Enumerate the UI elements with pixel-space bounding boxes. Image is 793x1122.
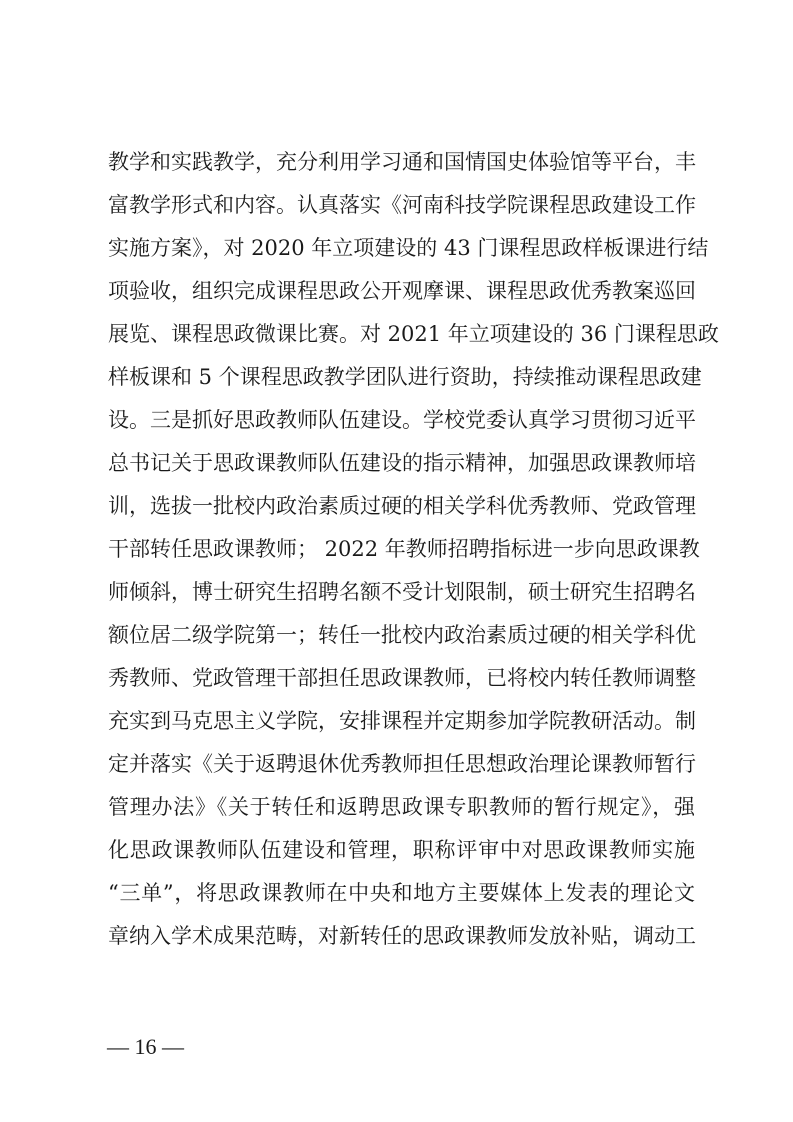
text-line: 项验收，组织完成课程思政公开观摩课、课程思政优秀教案巡回 xyxy=(108,270,695,313)
document-page: 教学和实践教学，充分利用学习通和国情国史体验馆等平台，丰 富教学形式和内容。认真… xyxy=(0,0,793,1122)
text-line: 充实到马克思主义学院，安排课程并定期参加学院教研活动。制 xyxy=(108,700,695,743)
page-number: — 16 — xyxy=(107,1034,184,1060)
text-line: 师倾斜，博士研究生招聘名额不受计划限制，硕士研究生招聘名 xyxy=(108,571,695,614)
text-line: 设。三是抓好思政教师队伍建设。学校党委认真学习贯彻习近平 xyxy=(108,399,695,442)
text-line: 干部转任思政课教师； 2022 年教师招聘指标进一步向思政课教 xyxy=(108,528,695,571)
text-line: 章纳入学术成果范畴，对新转任的思政课教师发放补贴，调动工 xyxy=(108,915,695,958)
text-line: 额位居二级学院第一；转任一批校内政治素质过硬的相关学科优 xyxy=(108,614,695,657)
text-line: 秀教师、党政管理干部担任思政课教师，已将校内转任教师调整 xyxy=(108,657,695,700)
body-paragraph: 教学和实践教学，充分利用学习通和国情国史体验馆等平台，丰 富教学形式和内容。认真… xyxy=(108,141,698,958)
text-line: “三单”，将思政课教师在中央和地方主要媒体上发表的理论文 xyxy=(108,872,695,915)
text-line: 训，选拔一批校内政治素质过硬的相关学科优秀教师、党政管理 xyxy=(108,485,695,528)
text-line: 样板课和 5 个课程思政教学团队进行资助，持续推动课程思政建 xyxy=(108,356,695,399)
text-line: 实施方案》，对 2020 年立项建设的 43 门课程思政样板课进行结 xyxy=(108,227,695,270)
text-line: 富教学形式和内容。认真落实《河南科技学院课程思政建设工作 xyxy=(108,184,695,227)
text-line: 管理办法》《关于转任和返聘思政课专职教师的暂行规定》，强 xyxy=(108,786,695,829)
text-line: 化思政课教师队伍建设和管理，职称评审中对思政课教师实施 xyxy=(108,829,695,872)
text-line: 总书记关于思政课教师队伍建设的指示精神，加强思政课教师培 xyxy=(108,442,695,485)
text-line: 展览、课程思政微课比赛。对 2021 年立项建设的 36 门课程思政 xyxy=(108,313,695,356)
text-line: 定并落实《关于返聘退休优秀教师担任思想政治理论课教师暂行 xyxy=(108,743,695,786)
text-line: 教学和实践教学，充分利用学习通和国情国史体验馆等平台，丰 xyxy=(108,141,695,184)
